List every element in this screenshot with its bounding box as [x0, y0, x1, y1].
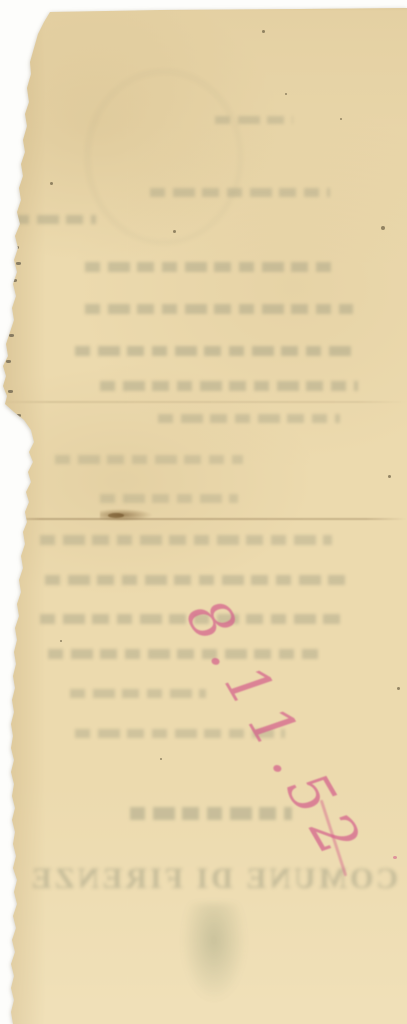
typed-bleedthrough-line [85, 304, 353, 314]
red-pencil-speck [393, 856, 397, 859]
typed-bleedthrough-line [75, 346, 357, 356]
typed-bleedthrough-line [14, 215, 96, 224]
torn-edge-mark [22, 449, 27, 452]
foxing-speck [50, 182, 53, 185]
typed-bleedthrough-line [55, 455, 243, 464]
typed-bleedthrough-line [150, 188, 330, 197]
foxing-speck [173, 230, 176, 233]
torn-edge-mark [8, 390, 13, 393]
fold-crease-upper [0, 401, 407, 403]
paper-sheet: COMUNE DI FIRENZE 8.11.52 [0, 0, 407, 1024]
typed-bleedthrough-line [85, 262, 335, 272]
typed-bleedthrough-line [40, 535, 332, 545]
foxing-speck [160, 758, 162, 760]
foxing-speck [381, 226, 385, 230]
torn-edge-mark [6, 360, 11, 363]
typed-bleedthrough-line [70, 689, 206, 698]
paper-shadow-wrap: COMUNE DI FIRENZE 8.11.52 [0, 0, 407, 1024]
torn-edge-mark [16, 262, 21, 265]
torn-edge-mark [14, 246, 19, 249]
typed-bleedthrough-line [45, 575, 353, 585]
typed-bleedthrough-subheading [130, 807, 292, 820]
torn-edge-mark [16, 414, 21, 417]
crease-stain-core [108, 513, 124, 518]
typed-bleedthrough-line [100, 494, 238, 503]
foxing-speck [397, 687, 400, 690]
foxing-speck [388, 475, 391, 478]
foxing-speck [262, 30, 265, 33]
typed-bleedthrough-line [158, 414, 340, 423]
foxing-speck [60, 640, 62, 642]
fold-crease-main [0, 518, 407, 520]
foxing-speck [285, 93, 287, 95]
torn-edge-mark [9, 334, 14, 337]
typed-bleedthrough-line [215, 116, 293, 124]
foxing-speck [340, 118, 342, 120]
crest-emblem-bleedthrough [182, 903, 246, 1001]
stamp-bleedthrough-ring [86, 70, 242, 244]
top-edge-shade [0, 0, 407, 11]
typed-bleedthrough-line [100, 381, 358, 391]
scanned-document: COMUNE DI FIRENZE 8.11.52 [0, 0, 407, 1024]
torn-edge-mark [12, 279, 17, 282]
typed-bleedthrough-line [48, 649, 318, 659]
